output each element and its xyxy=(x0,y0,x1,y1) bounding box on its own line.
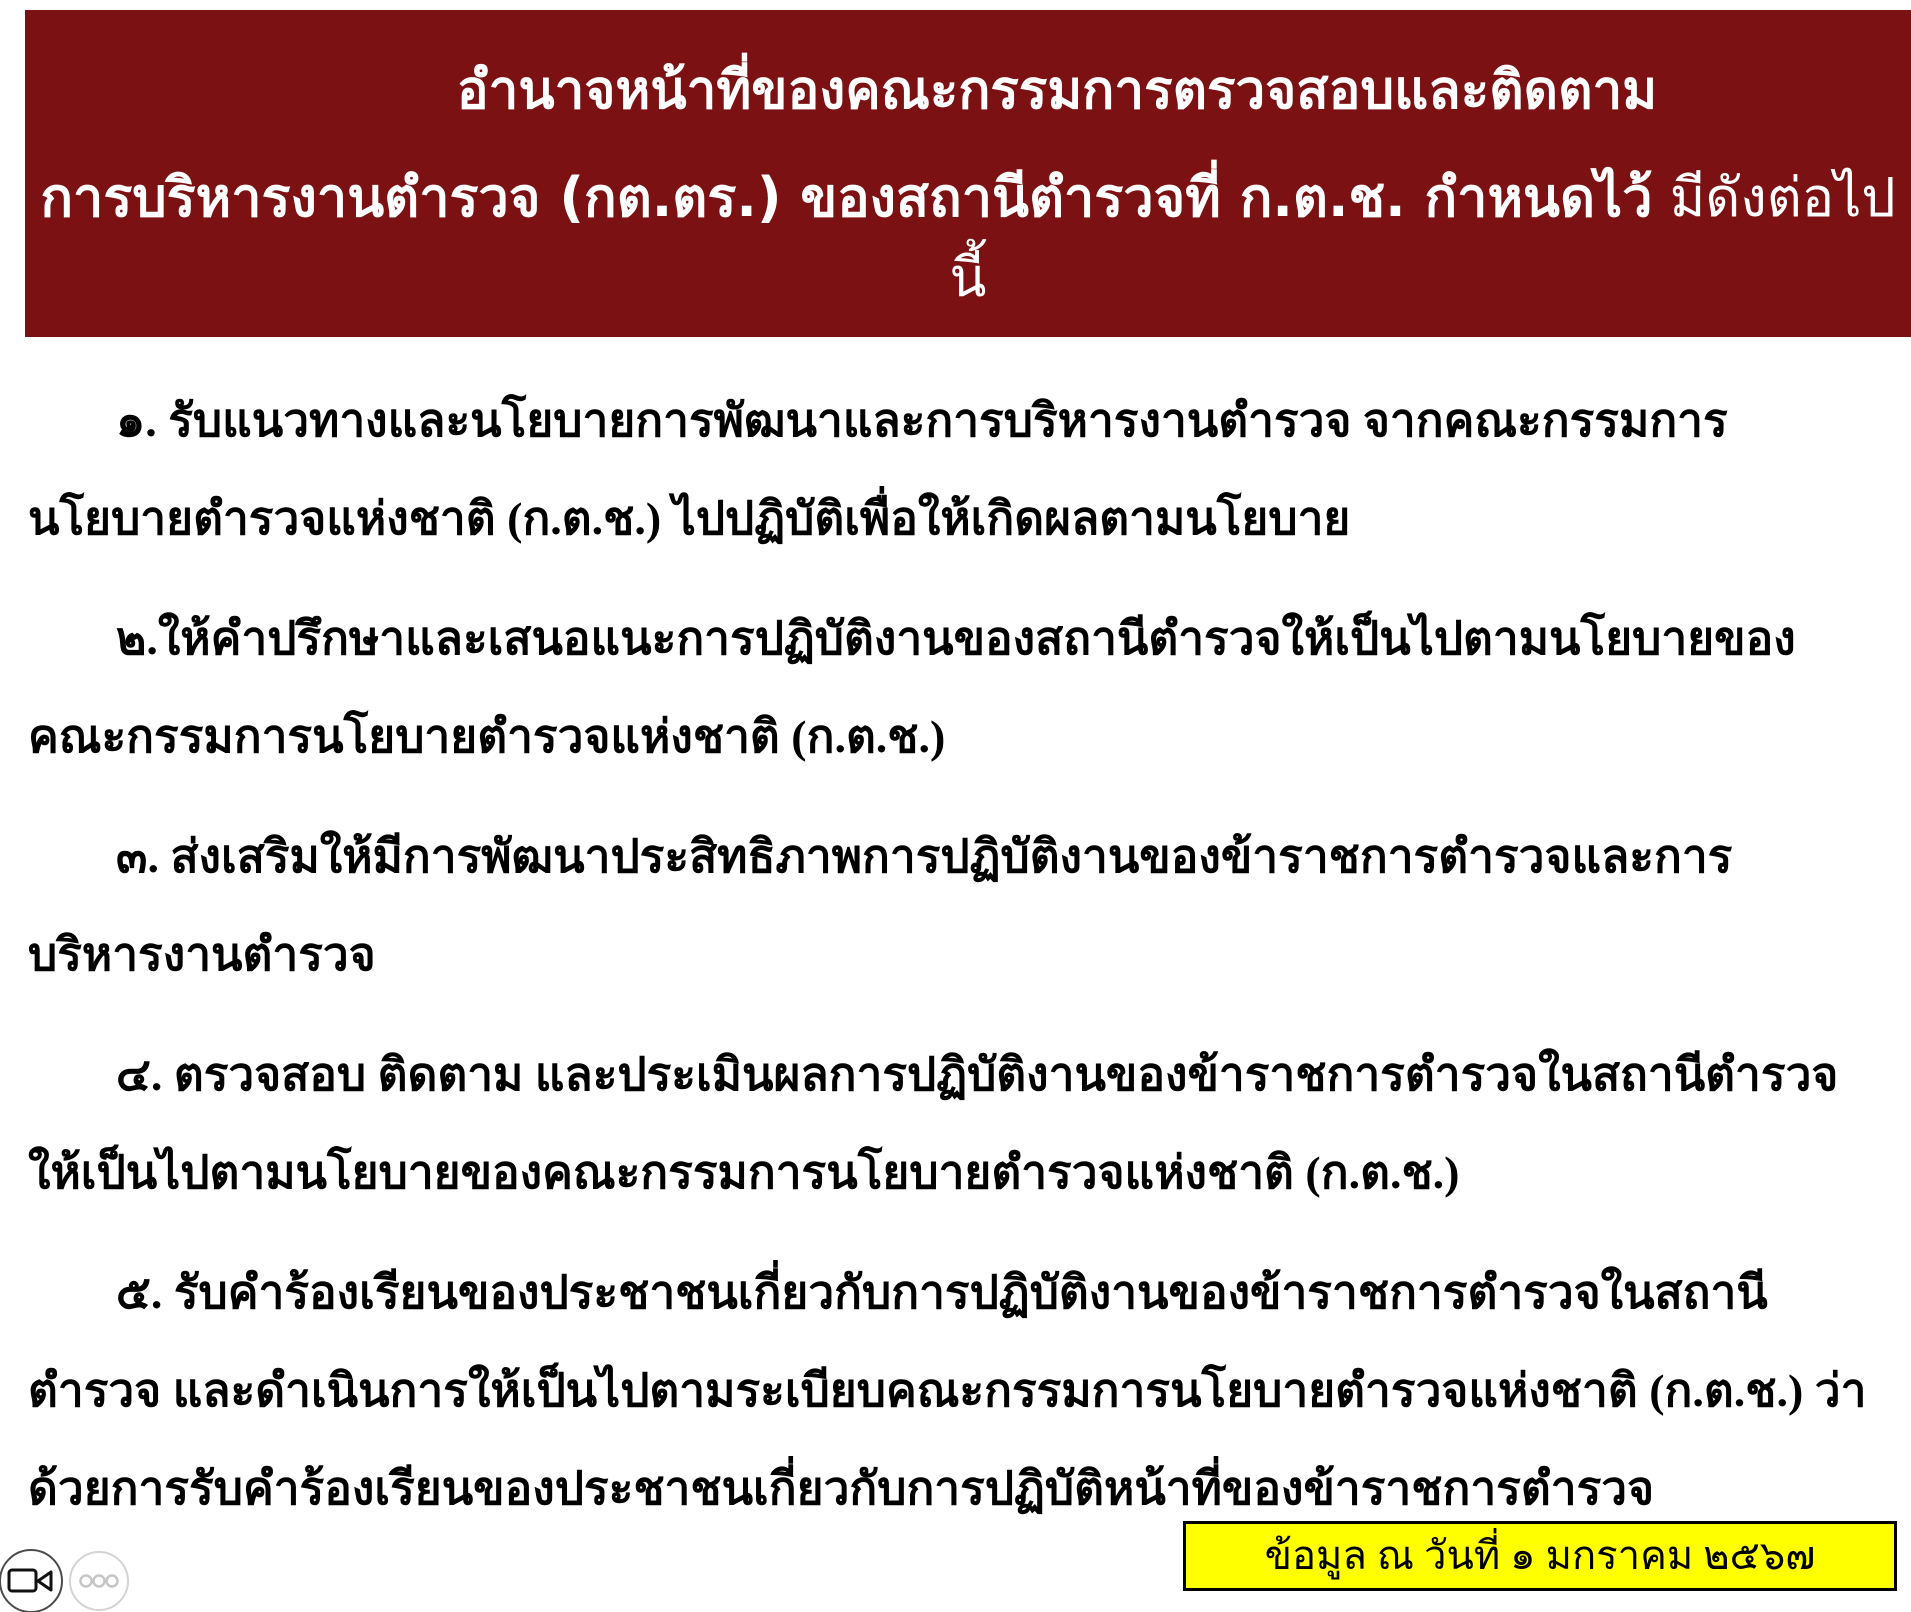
video-camera-icon xyxy=(0,1546,66,1612)
text-line: ๔. ตรวจสอบ ติดตาม และประเมินผลการปฏิบัติ… xyxy=(28,1026,1888,1124)
text-line: ๒.ให้คำปรึกษาและเสนอแนะการปฏิบัติงานของส… xyxy=(28,590,1888,688)
duty-item-5: ๕. รับคำร้องเรียนของประชาชนเกี่ยวกับการป… xyxy=(28,1244,1888,1538)
duty-item-1: ๑. รับแนวทางและนโยบายการพัฒนาและการบริหา… xyxy=(28,372,1888,568)
slide-title-line1: อำนาจหน้าที่ของคณะกรรมการตรวจสอบและติดตา… xyxy=(25,10,1911,130)
text-line: บริหารงานตำรวจ xyxy=(28,906,1888,1004)
presentation-slide: อำนาจหน้าที่ของคณะกรรมการตรวจสอบและติดตา… xyxy=(0,0,1911,1612)
text-line: ๓. ส่งเสริมให้มีการพัฒนาประสิทธิภาพการปฏ… xyxy=(28,808,1888,906)
text-line: คณะกรรมการนโยบายตำรวจแห่งชาติ (ก.ต.ช.) xyxy=(28,688,1888,786)
text-line: นโยบายตำรวจแห่งชาติ (ก.ต.ช.) ไปปฏิบัติเพ… xyxy=(28,470,1888,568)
duties-list: ๑. รับแนวทางและนโยบายการพัฒนาและการบริหา… xyxy=(28,372,1888,1560)
duty-item-3: ๓. ส่งเสริมให้มีการพัฒนาประสิทธิภาพการปฏ… xyxy=(28,808,1888,1004)
text-line: ให้เป็นไปตามนโยบายของคณะกรรมการนโยบายตำร… xyxy=(28,1124,1888,1222)
date-note-box: ข้อมูล ณ วันที่ ๑ มกราคม ๒๕๖๗ xyxy=(1183,1521,1897,1591)
more-options-icon xyxy=(66,1548,132,1612)
slide-title-line2: การบริหารงานตำรวจ (กต.ตร.) ของสถานีตำรวจ… xyxy=(25,158,1911,318)
duty-item-2: ๒.ให้คำปรึกษาและเสนอแนะการปฏิบัติงานของส… xyxy=(28,590,1888,786)
slide-title-line2-bold: การบริหารงานตำรวจ (กต.ตร.) ของสถานีตำรวจ… xyxy=(40,166,1652,229)
text-line: ตำรวจ และดำเนินการให้เป็นไปตามระเบียบคณะ… xyxy=(28,1342,1888,1440)
title-banner: อำนาจหน้าที่ของคณะกรรมการตรวจสอบและติดตา… xyxy=(25,10,1911,337)
more-options-button[interactable] xyxy=(66,1548,132,1612)
text-line: ๕. รับคำร้องเรียนของประชาชนเกี่ยวกับการป… xyxy=(28,1244,1888,1342)
duty-item-4: ๔. ตรวจสอบ ติดตาม และประเมินผลการปฏิบัติ… xyxy=(28,1026,1888,1222)
text-line: ๑. รับแนวทางและนโยบายการพัฒนาและการบริหา… xyxy=(28,372,1888,470)
video-camera-button[interactable] xyxy=(0,1546,66,1612)
